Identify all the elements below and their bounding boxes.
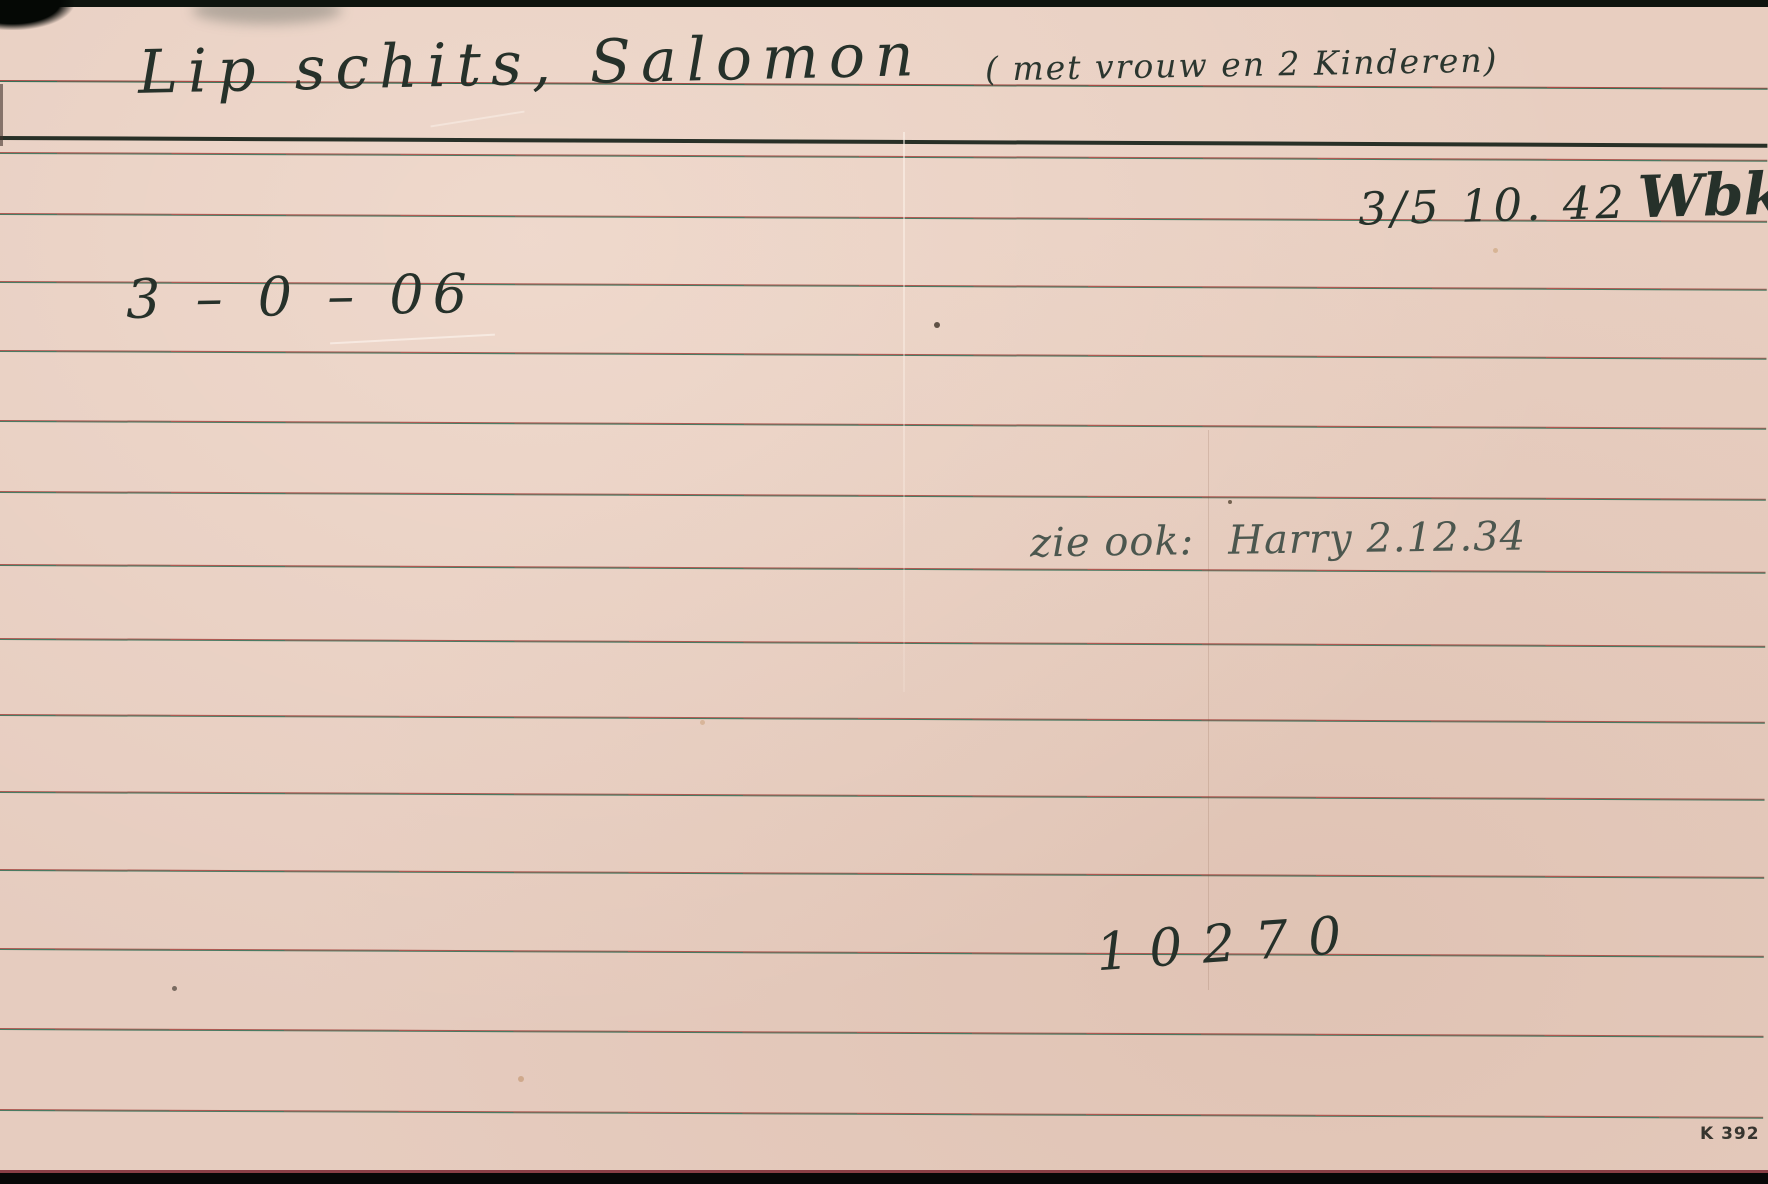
ruled-line xyxy=(0,791,1765,801)
birth-date: 3 – 0 – 06 xyxy=(126,267,477,327)
family-annotation: ( met vrouw en 2 Kinderen) xyxy=(985,44,1499,86)
ruled-line xyxy=(0,948,1764,958)
scan-edge-left xyxy=(0,84,3,146)
see-also-label: zie ook: xyxy=(1030,518,1195,566)
ruled-line xyxy=(0,638,1765,648)
ruled-line xyxy=(0,350,1766,360)
date-stamp: 3/5 10. 42Wbk xyxy=(1357,164,1768,233)
ruled-line xyxy=(0,714,1765,724)
ruled-line xyxy=(0,491,1766,501)
ruled-line xyxy=(0,152,1767,162)
see-also-reference: zie ook:Harry 2.12.34 xyxy=(1030,517,1527,564)
clerk-initials: Wbk xyxy=(1637,159,1768,231)
scan-corner-blob xyxy=(0,0,74,30)
scan-edge-top xyxy=(0,0,1768,7)
ruled-line xyxy=(0,136,1767,148)
ruled-line xyxy=(0,564,1766,574)
paper-speck xyxy=(1228,500,1232,504)
vertical-crease xyxy=(1208,430,1209,990)
vertical-crease xyxy=(903,132,905,692)
ruled-line xyxy=(0,1028,1763,1038)
name-heading: Lip schits, Salomon xyxy=(137,25,924,103)
form-code: K 392 xyxy=(1700,1124,1760,1144)
paper-speck xyxy=(934,322,940,328)
ruled-line xyxy=(0,420,1766,430)
see-also-value: Harry 2.12.34 xyxy=(1228,514,1527,564)
scanned-index-card: { "card": { "name": "Lip schits, Salomon… xyxy=(0,0,1768,1184)
paper-speck xyxy=(700,720,705,725)
scan-edge-bottom xyxy=(0,1173,1768,1184)
paper-speck xyxy=(518,1076,524,1082)
ruled-line xyxy=(0,1109,1763,1119)
paper-speck xyxy=(1493,248,1498,253)
ruled-line xyxy=(0,869,1764,879)
paper-speck xyxy=(172,986,177,991)
date-note: 3/5 10. 42 xyxy=(1357,176,1628,236)
